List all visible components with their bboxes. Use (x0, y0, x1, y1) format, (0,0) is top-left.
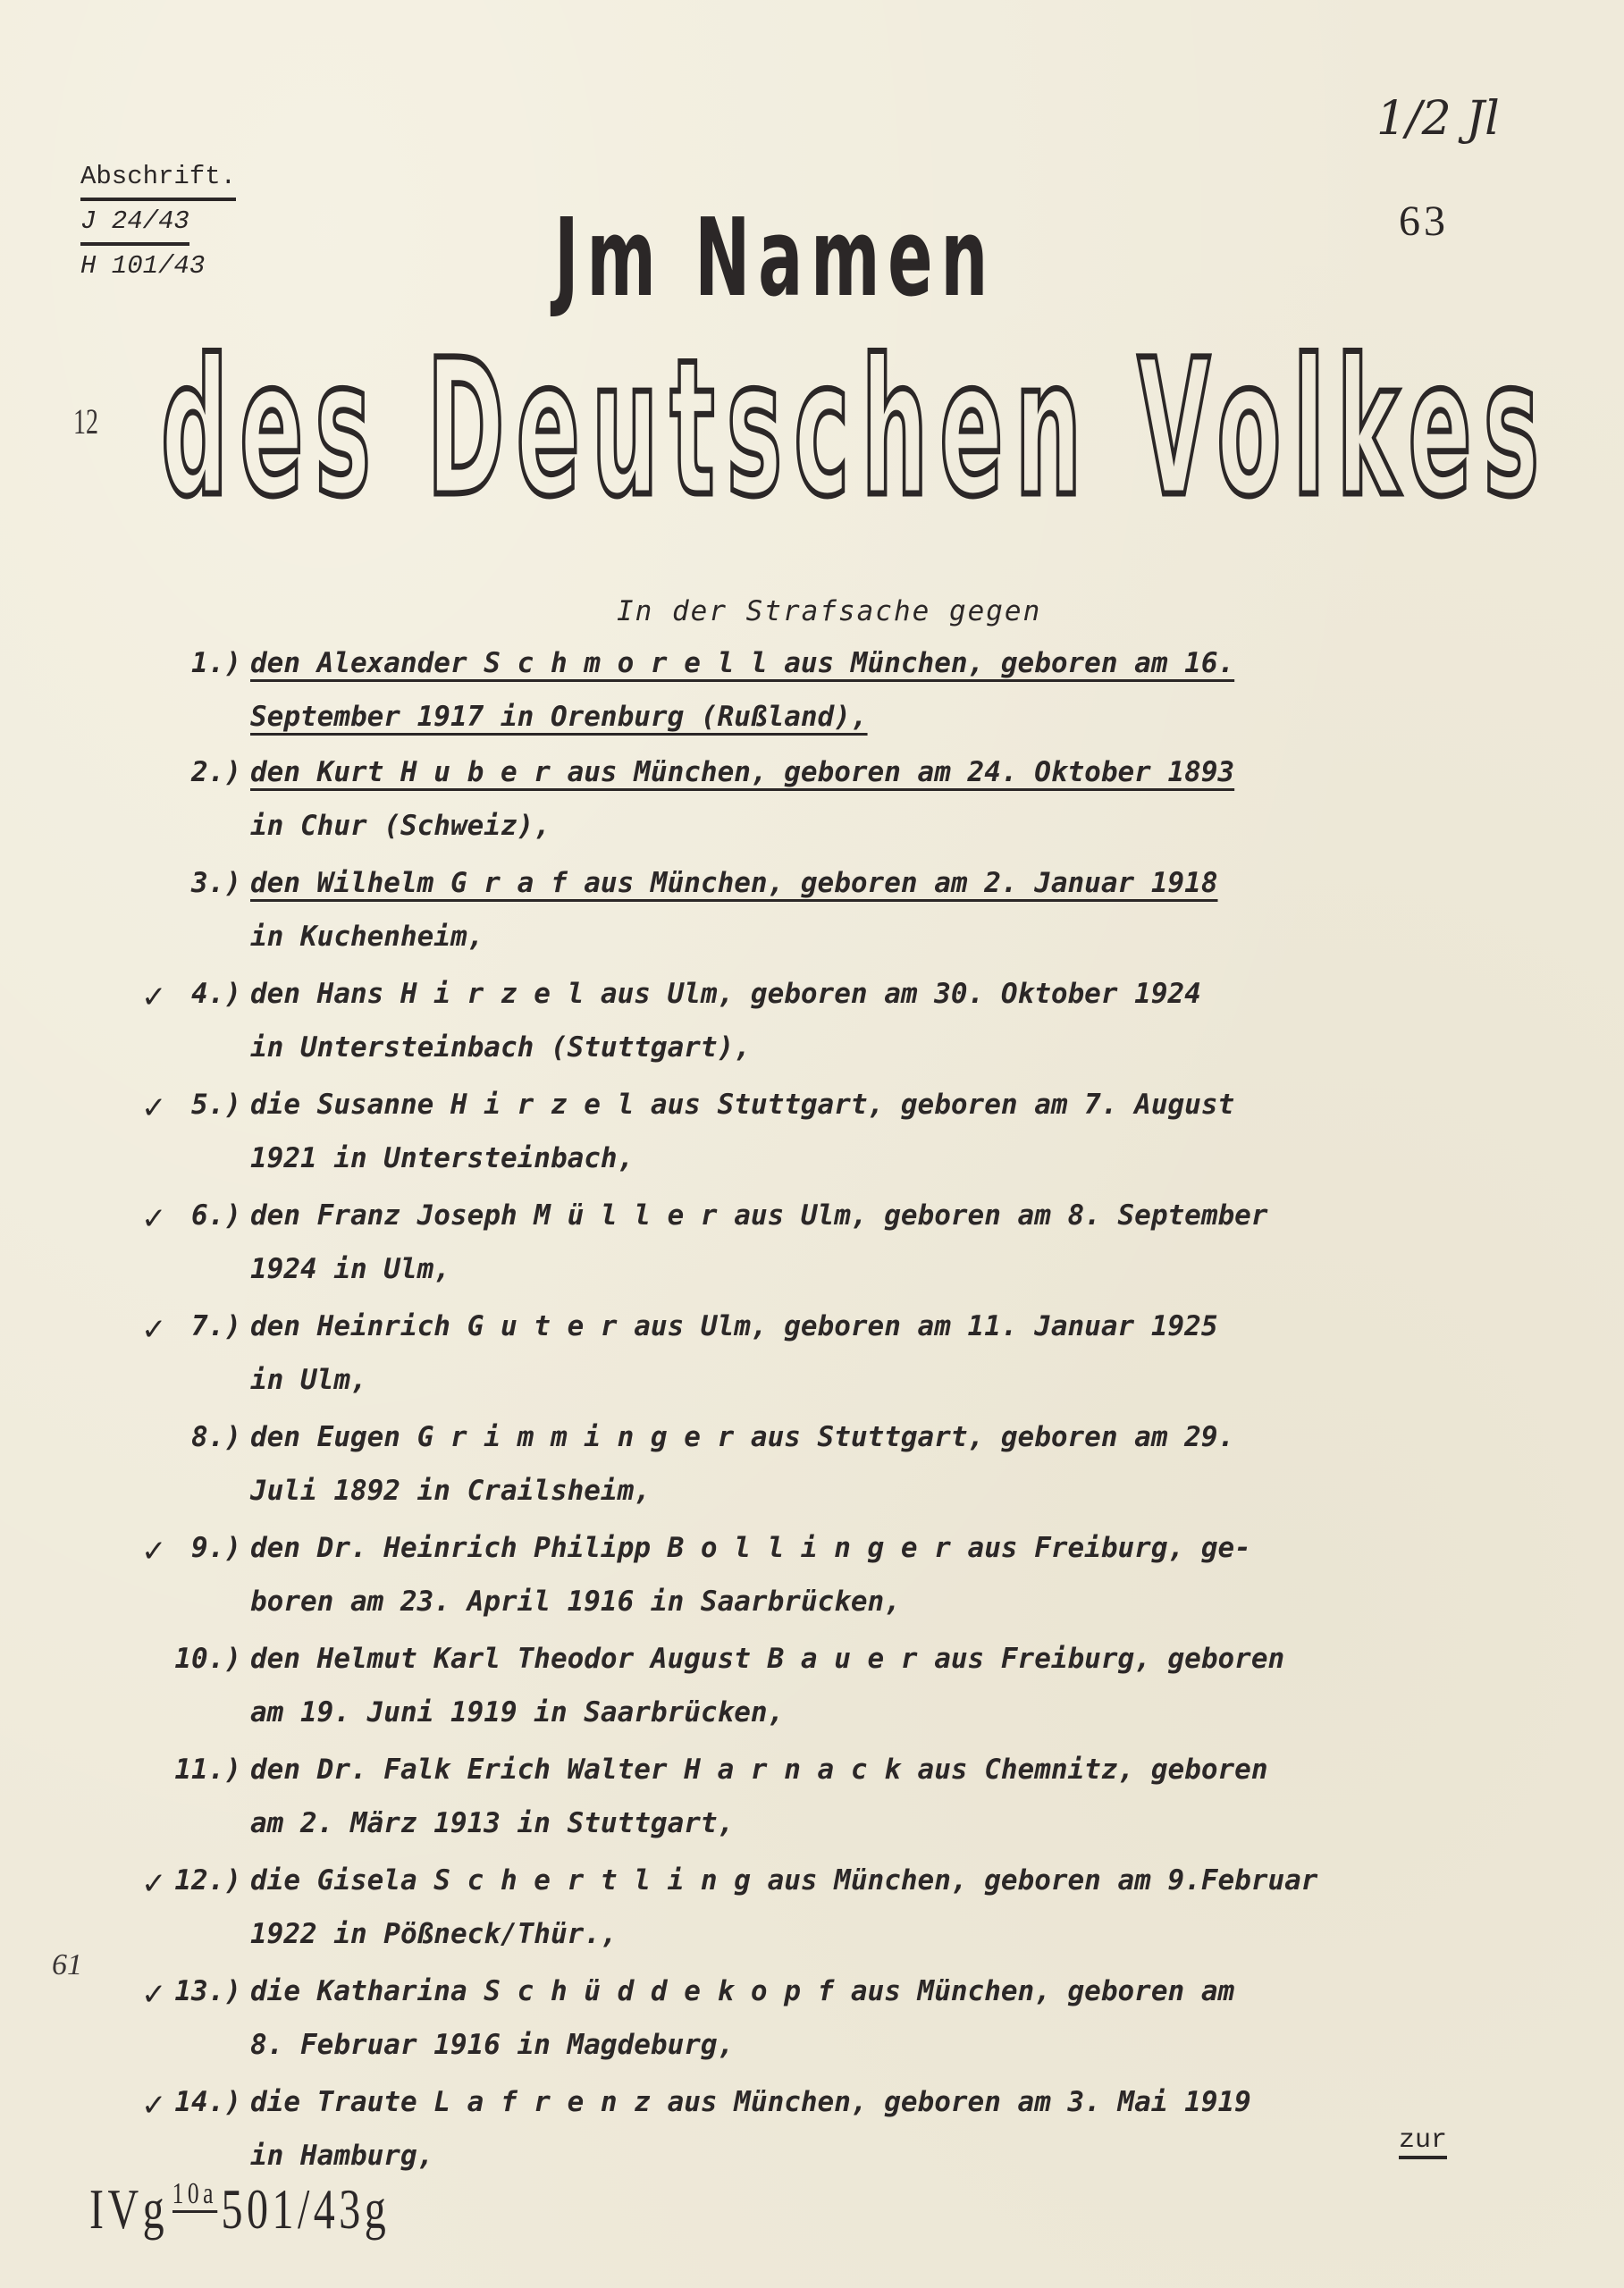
item-number: 14.) (161, 2075, 241, 2129)
item-number: 1.) (161, 636, 241, 690)
stamp-number: 501 (221, 2177, 298, 2241)
item-number: 7.) (161, 1300, 241, 1353)
item-line-2: September 1917 in Orenburg (Rußland), (250, 690, 868, 744)
item-line-2: in Chur (Schweiz), (250, 799, 551, 853)
archive-stamp: IVg10a501/43g (89, 2176, 390, 2242)
item-line-1: die Gisela S c h e r t l i n g aus Münch… (250, 1854, 1317, 1907)
item-line-1: den Hans H i r z e l aus Ulm, geboren am… (250, 967, 1201, 1021)
case-intro: In der Strafsache gegen (617, 595, 1041, 627)
item-line-1: den Franz Joseph M ü l l e r aus Ulm, ge… (250, 1189, 1267, 1242)
item-line-2: Juli 1892 in Crailsheim, (250, 1464, 651, 1518)
item-number: 2.) (161, 745, 241, 799)
file-reference-block: Abschrift. J 24/43 H 101/43 (80, 156, 236, 287)
file-reference-h: H 101/43 (80, 246, 205, 287)
continuation-word: zur (1399, 2125, 1447, 2159)
item-line-2: 1924 in Ulm, (250, 1242, 450, 1296)
item-line-1: die Katharina S c h ü d d e k o p f aus … (250, 1964, 1234, 2018)
stamp-suffix: 43g (314, 2177, 391, 2241)
item-line-1: den Dr. Heinrich Philipp B o l l i n g e… (250, 1521, 1251, 1575)
document-page: Abschrift. J 24/43 H 101/43 12 1/2 Jl 63… (0, 0, 1624, 2288)
handwritten-annotation: 1/2 Jl (1376, 98, 1500, 139)
item-line-1: den Eugen G r i m m i n g e r aus Stuttg… (250, 1410, 1234, 1464)
item-line-2: in Ulm, (250, 1353, 367, 1407)
item-number: 13.) (161, 1964, 241, 2018)
item-number: 5.) (161, 1078, 241, 1131)
item-line-2: boren am 23. April 1916 in Saarbrücken, (250, 1575, 901, 1628)
margin-number-61: 61 (52, 1948, 82, 1982)
item-line-2: 1921 in Untersteinbach, (250, 1131, 634, 1185)
item-line-2: in Kuchenheim, (250, 910, 484, 963)
title-line-1: Jm Namen (554, 197, 804, 322)
item-number: 10.) (161, 1632, 241, 1686)
item-line-2: in Untersteinbach (Stuttgart), (250, 1021, 751, 1074)
item-line-1: den Wilhelm G r a f aus München, geboren… (250, 856, 1218, 910)
item-line-2: 1922 in Pößneck/Thür., (250, 1907, 618, 1961)
item-line-2: in Hamburg, (250, 2129, 433, 2183)
margin-number-12: 12 (73, 400, 98, 442)
item-line-1: den Alexander S c h m o r e l l aus Münc… (250, 636, 1234, 690)
item-number: 11.) (161, 1743, 241, 1796)
item-line-2: am 19. Juni 1919 in Saarbrücken, (250, 1686, 784, 1739)
item-number: 6.) (161, 1189, 241, 1242)
item-number: 12.) (161, 1854, 241, 1907)
item-number: 9.) (161, 1521, 241, 1575)
item-line-1: die Traute L a f r e n z aus München, ge… (250, 2075, 1251, 2129)
title-line-2: des Deutschen Volkes (161, 340, 1551, 518)
item-number: 8.) (161, 1410, 241, 1464)
item-line-1: die Susanne H i r z e l aus Stuttgart, g… (250, 1078, 1234, 1131)
item-number: 3.) (161, 856, 241, 910)
item-number: 4.) (161, 967, 241, 1021)
stamp-superscript: 10a (172, 2177, 217, 2213)
abschrift-label: Abschrift. (80, 156, 236, 201)
stamp-prefix: IVg (89, 2177, 168, 2241)
item-line-2: am 2. März 1913 in Stuttgart, (250, 1796, 734, 1850)
item-line-1: den Heinrich G u t e r aus Ulm, geboren … (250, 1300, 1218, 1353)
item-line-1: den Dr. Falk Erich Walter H a r n a c k … (250, 1743, 1267, 1796)
item-line-2: 8. Februar 1916 in Magdeburg, (250, 2018, 734, 2072)
item-line-1: den Helmut Karl Theodor August B a u e r… (250, 1632, 1284, 1686)
file-reference-j: J 24/43 (80, 201, 189, 246)
page-number: 63 (1399, 197, 1449, 246)
item-line-1: den Kurt H u b e r aus München, geboren … (250, 745, 1234, 799)
